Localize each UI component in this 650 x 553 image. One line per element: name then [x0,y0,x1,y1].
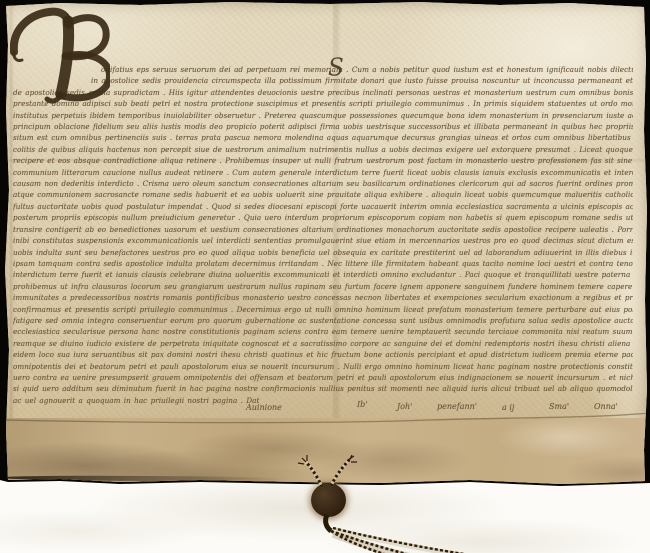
text-line: colitis de quibus aliquis hactenus non p… [13,144,633,155]
text-line: communium litterarum caucione nullus aud… [13,167,633,178]
text-line: immunitates a predecessoribus nostris ro… [13,292,633,303]
charter-photograph: onifatius eps seruus seruorum dei ad per… [0,0,650,553]
text-line: principum oblacione fidelium seu aliis i… [13,121,633,132]
text-line: reamque se diuino iudicio existere de pe… [13,338,633,349]
text-line: interdictum terre fuerit et ianuis claus… [13,269,633,280]
text-line: fultus auctoritate uobis quod postulatur… [13,201,633,212]
text-line: uobis indulta sunt seu benefactores uest… [13,247,633,258]
text-line: omnipotentis dei et beatorum petri et pa… [13,361,633,372]
text-line: prohibemus ut infra clausuras locorum se… [13,281,633,292]
text-line: transire contigerit ab eo benedictiones … [13,224,633,235]
text-line: ecclesiastica secularisue persona hanc n… [13,326,633,337]
text-line: institutus perpetuis ibidem temporibus i… [13,110,633,121]
text-line: uero contra ea uenire presumpserit graue… [13,372,633,383]
text-line: ac uel agnouerit a quoquam in hac priuil… [13,395,633,406]
papal-seal-bulla [311,483,346,517]
text-line: si quid uero additum seu diminutum fueri… [13,383,633,394]
text-line: eidem loco sua iura seruantibus sit pax … [13,349,633,360]
text-line: atque communionem sacrosancte romane sed… [13,189,633,200]
text-block: onifatius eps seruus seruorum dei ad per… [13,64,633,406]
text-line: posterum propriis episcopis nullum preiu… [13,212,633,223]
text-line: recipere et eos absque contradictione al… [13,155,633,166]
text-line: causam non dederitis interdicto . Crisma… [13,178,633,189]
text-line: situm est cum omnibus pertinenciis suis … [13,132,633,143]
text-line: ipsam tamquam contra sedis apostolice in… [13,258,633,269]
text-line: inibi constitutas suspensionis excommuni… [13,235,633,246]
initial-letter-b-icon [10,7,110,104]
initial-letter-s: S [328,56,344,80]
text-line: fatigare sed omnia integra conseruentur … [13,315,633,326]
text-line: confirmamus et presentis scripti priuile… [13,304,633,315]
